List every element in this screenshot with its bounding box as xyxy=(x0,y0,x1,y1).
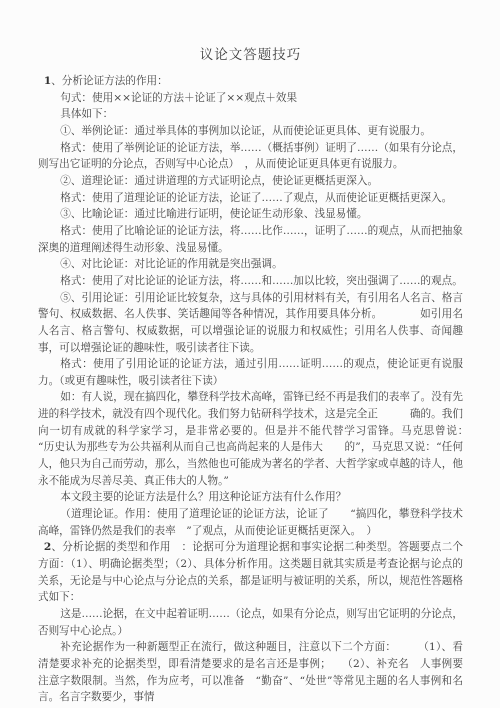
paragraph: 格式：使用了比喻论证的论证方法，将……比作……，证明了……的观点，从而把抽象深奥… xyxy=(38,223,463,256)
paragraph: 如：有人说，现在搞四化，攀登科学技术高峰，雷锋已经不再是我们的表率了。没有先进的… xyxy=(38,389,463,489)
paragraph: 具体如下： xyxy=(38,106,463,123)
paragraph: 这是……论据，在文中起着证明……（论点，如果有分论点，则写出它证明的分论点，否则… xyxy=(38,606,463,639)
paragraph: ①、举例论证：通过举具体的事例加以论证，从而使论证更具体、更有说服力。 xyxy=(38,123,463,140)
section-heading: 1、分析论证方法的作用： xyxy=(38,73,463,90)
document-title: 议论文答题技巧 xyxy=(38,46,463,64)
document-body: 1、分析论证方法的作用：句式：使用××论证的方法＋论证了××观点＋效果具体如下：… xyxy=(38,73,463,706)
section-heading: 2、分析论据的类型和作用 ：论据可分为道理论据和事实论据二种类型。答题要点二个方… xyxy=(38,539,463,606)
paragraph: 句式：使用××论证的方法＋论证了××观点＋效果 xyxy=(38,90,463,107)
paragraph: 格式：使用了道理论证的论证方法，论证了……了观点，从而使论证更概括更深入。 xyxy=(38,190,463,207)
paragraph: 格式：使用了对比论证的论证方法，将……和……加以比较，突出强调了……的观点。 xyxy=(38,273,463,290)
paragraph: 本文段主要的论证方法是什么？用这种论证方法有什么作用？ xyxy=(38,489,463,506)
paragraph: ②、道理论证：通过讲道理的方式证明论点，使论证更概括更深入。 xyxy=(38,173,463,190)
paragraph: 补充论据作为一种新题型正在流行，做这种题目，注意以下二个方面： （1）、看清楚要… xyxy=(38,639,463,706)
document-page: 议论文答题技巧 1、分析论证方法的作用：句式：使用××论证的方法＋论证了××观点… xyxy=(0,0,500,708)
section-number: 1 xyxy=(44,75,51,87)
section-number: 2 xyxy=(44,541,51,553)
paragraph: ③、比喻论证：通过比喻进行证明，使论证生动形象、浅显易懂。 xyxy=(38,206,463,223)
paragraph: （道理论证。作用：使用了道理论证的论证方法，论证了 “搞四化，攀登科学技术高峰，… xyxy=(38,506,463,539)
paragraph: ④、对比论证：对比论证的作用就是突出强调。 xyxy=(38,256,463,273)
paragraph: 格式：使用了举例论证的论证方法，举……（概括事例）证明了……（如果有分论点，则写… xyxy=(38,140,463,173)
paragraph: ⑤、引用论证：引用论证比较复杂，这与具体的引用材料有关，有引用名人名言、格言警句… xyxy=(38,290,463,357)
paragraph: 格式：使用了引用论证的论证方法，通过引用……证明……的观点，使论证更有说服力。（… xyxy=(38,356,463,389)
